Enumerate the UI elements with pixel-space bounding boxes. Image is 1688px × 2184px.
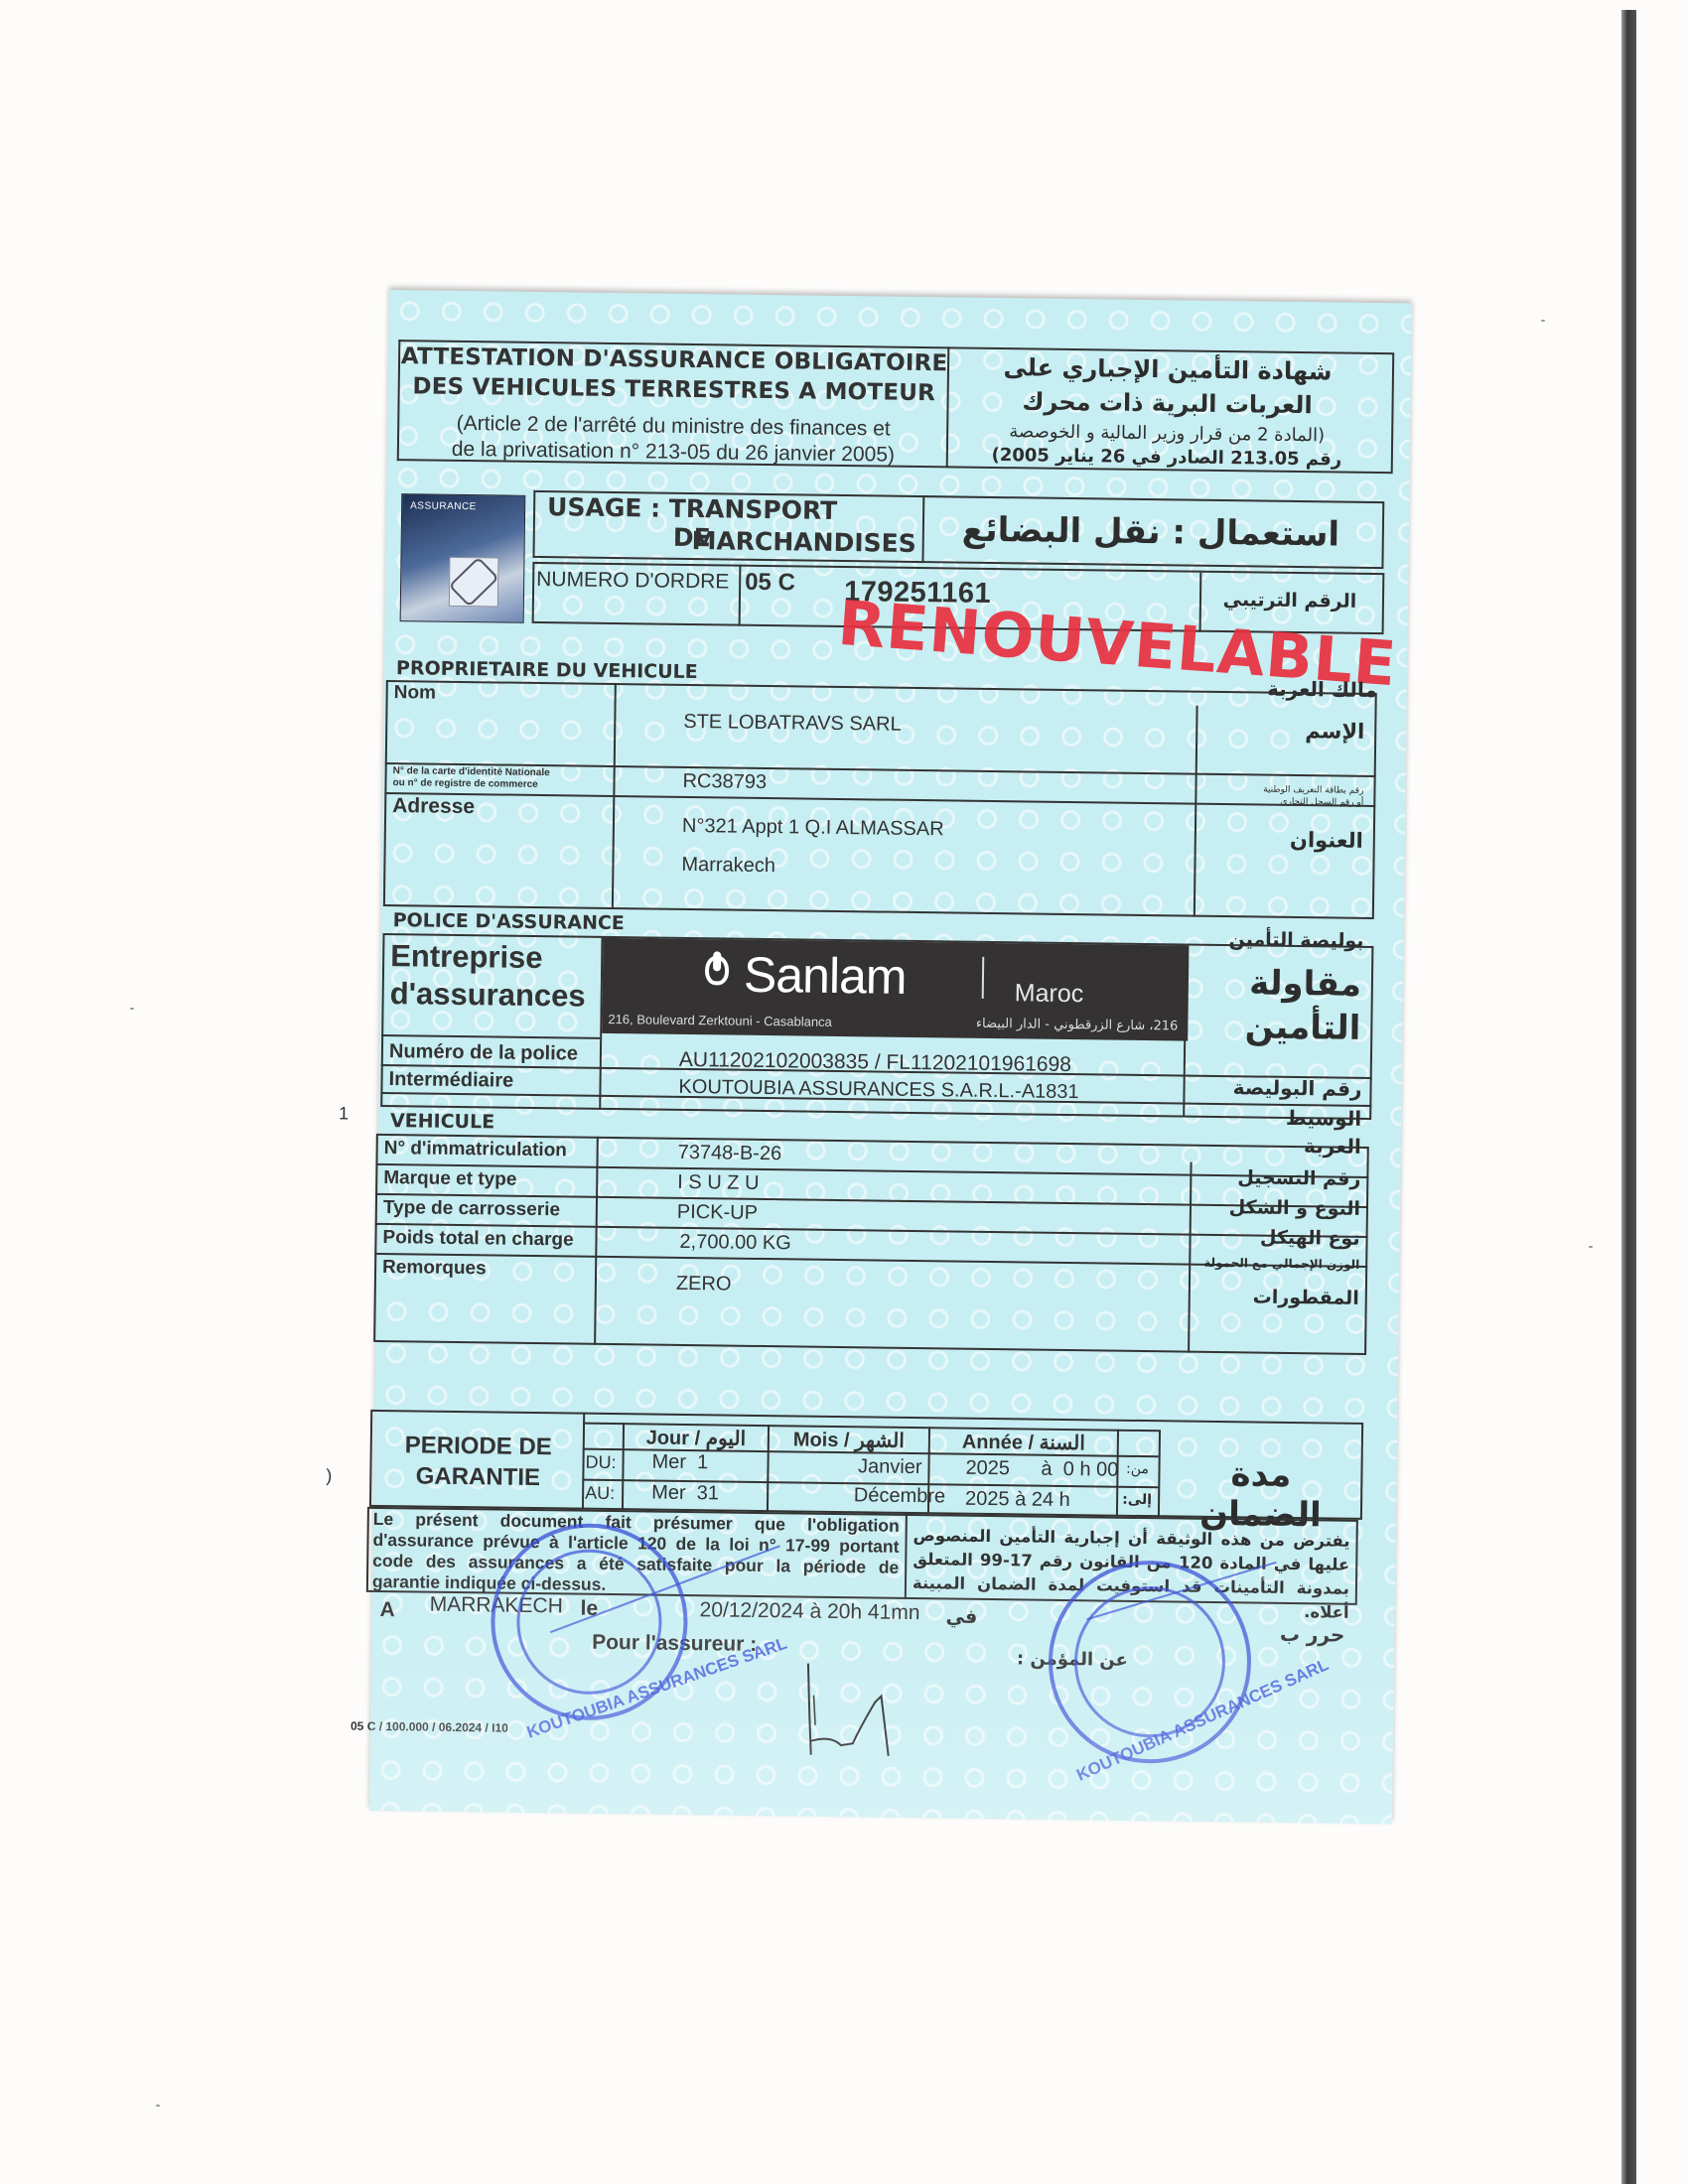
scan-speck <box>156 2105 160 2107</box>
to-month: Décembre <box>769 1483 945 1508</box>
address-line1: N°321 Appt 1 Q.I ALMASSAR <box>682 815 944 841</box>
id-label-ar: رقم بطاقة التعريف الوطنية أو رقم السجل ا… <box>1204 783 1363 809</box>
name-label: Nom <box>394 682 437 705</box>
from-time: à 0 h 00 <box>1041 1458 1118 1482</box>
margin-mark-2: ) <box>326 1465 332 1486</box>
logo-label: ASSURANCE <box>410 500 477 512</box>
owner-id: RC38793 <box>682 770 767 794</box>
vehicle-row-value: 2,700.00 KG <box>679 1231 791 1255</box>
vehicle-row-value: I S U Z U <box>677 1171 760 1195</box>
intermediary-label: Intermédiaire <box>388 1068 513 1093</box>
vehicle-row-label-ar: نوع الهيكل <box>1193 1226 1359 1250</box>
from-day: Mer 1 <box>651 1451 708 1475</box>
scanner-edge <box>1621 10 1636 2184</box>
guarantee-label-fr: PERIODE DE GARANTIE <box>373 1430 583 1494</box>
insurer-address-fr: 216, Boulevard Zerktouni - Casablanca <box>608 1012 832 1029</box>
policy-number-label-ar: رقم البوليصة <box>1191 1075 1361 1101</box>
usage-ar: استعمال : نقل البضائع <box>927 509 1374 555</box>
col-year: Année / السنة <box>930 1429 1117 1455</box>
vehicle-rows: N° d'immatriculation73748-B-26رقم التسجي… <box>389 290 1412 303</box>
vehicle-row-label-ar: الوزن الإجمالي مع الحمولة <box>1193 1256 1359 1272</box>
col-month: Mois / الشهر <box>770 1427 928 1453</box>
insurer-banner: Sanlam Maroc 216, Boulevard Zerktouni - … <box>602 938 1189 1041</box>
vehicle-row-label: N° d'immatriculation <box>384 1138 567 1161</box>
insurer-country: Maroc <box>1015 979 1084 1009</box>
to-year: 2025 à 24 h <box>965 1488 1070 1512</box>
place-prefix: A <box>379 1598 394 1622</box>
policy-number-label: Numéro de la police <box>389 1040 578 1065</box>
title-ar-line1: شهادة التأمين الإجباري على <box>954 352 1381 386</box>
vehicle-row-label-ar: رقم التسجيل <box>1194 1166 1360 1190</box>
scan-speck <box>1541 320 1545 322</box>
usage-fr-line2: MARCHANDISES <box>625 525 922 558</box>
insurer-brand: Sanlam <box>744 946 907 1006</box>
vehicle-row-label-ar: النوع و الشكل <box>1194 1196 1360 1220</box>
subtitle-fr-line2: de la privatisation n° 213-05 du 26 janv… <box>399 435 947 470</box>
intermediary-label-ar: الوسيط <box>1191 1105 1361 1131</box>
sanlam-logo-icon <box>702 951 732 989</box>
from-month: Janvier <box>769 1454 921 1479</box>
policy-number: AU11202102003835 / FL11202101961698 <box>679 1048 1071 1077</box>
vehicle-row-label: Marque et type <box>383 1167 516 1191</box>
vehicle-row-label-ar: المقطورات <box>1193 1286 1359 1309</box>
scan-speck <box>1589 1246 1593 1248</box>
insurance-emblem-icon: ASSURANCE <box>400 493 526 623</box>
address-label: Adresse <box>392 794 475 819</box>
insurance-certificate: ATTESTATION D'ASSURANCE OBLIGATOIRE DES … <box>369 290 1412 1824</box>
stamp-stroke <box>530 1523 1307 1652</box>
address-label-ar: العنوان <box>1204 827 1363 853</box>
to-prefix: AU: <box>585 1483 615 1504</box>
vehicle-row-label: Remorques <box>382 1257 487 1280</box>
vehicle-section-title: VEHICULE <box>390 1110 494 1133</box>
form-reference-code: 05 C / 100.000 / 06.2024 / I10 <box>351 1719 508 1735</box>
order-series: 05 C <box>745 569 795 598</box>
id-label-fr: N° de la carte d'identité Nationale ou n… <box>392 765 549 791</box>
company-label-fr: Entreprise d'assurances <box>389 937 586 1016</box>
vehicle-row-value: PICK-UP <box>677 1201 758 1225</box>
scan-speck <box>130 1008 134 1010</box>
handwritten-signature <box>801 1656 912 1766</box>
insurer-address-ar: 216، شارع الزرقطوني - الدار البيضاء <box>890 1016 1178 1034</box>
title-ar-line2: العربات البرية ذات محرك <box>953 386 1380 420</box>
from-year: 2025 <box>965 1457 1010 1481</box>
from-prefix: DU: <box>585 1452 616 1473</box>
address-line2: Marrakech <box>681 854 775 878</box>
to-prefix-ar: إلى: <box>1118 1492 1156 1508</box>
owner-name: STE LOBATRAVS SARL <box>683 711 902 737</box>
to-day: Mer 31 <box>651 1482 719 1506</box>
vehicle-row-value: ZERO <box>676 1273 732 1297</box>
policy-section-title: POLICE D'ASSURANCE <box>393 909 625 934</box>
vehicle-row-label: Type de carrosserie <box>383 1197 560 1221</box>
col-day: Jour / اليوم <box>625 1425 768 1451</box>
owner-section-title: PROPRIETAIRE DU VEHICULE <box>396 657 698 683</box>
from-prefix-ar: من: <box>1118 1461 1156 1477</box>
name-label-ar: الإسم <box>1205 718 1364 744</box>
order-label-ar: الرقم الترتيبي <box>1205 589 1374 613</box>
margin-mark: 1 <box>339 1103 349 1124</box>
vehicle-row-value: 73748-B-26 <box>677 1142 781 1165</box>
order-label-fr: NUMERO D'ORDRE <box>536 568 729 595</box>
vehicle-row-label: Poids total en charge <box>382 1227 573 1252</box>
company-label-ar: مقاولة التأمين <box>1192 961 1361 1050</box>
